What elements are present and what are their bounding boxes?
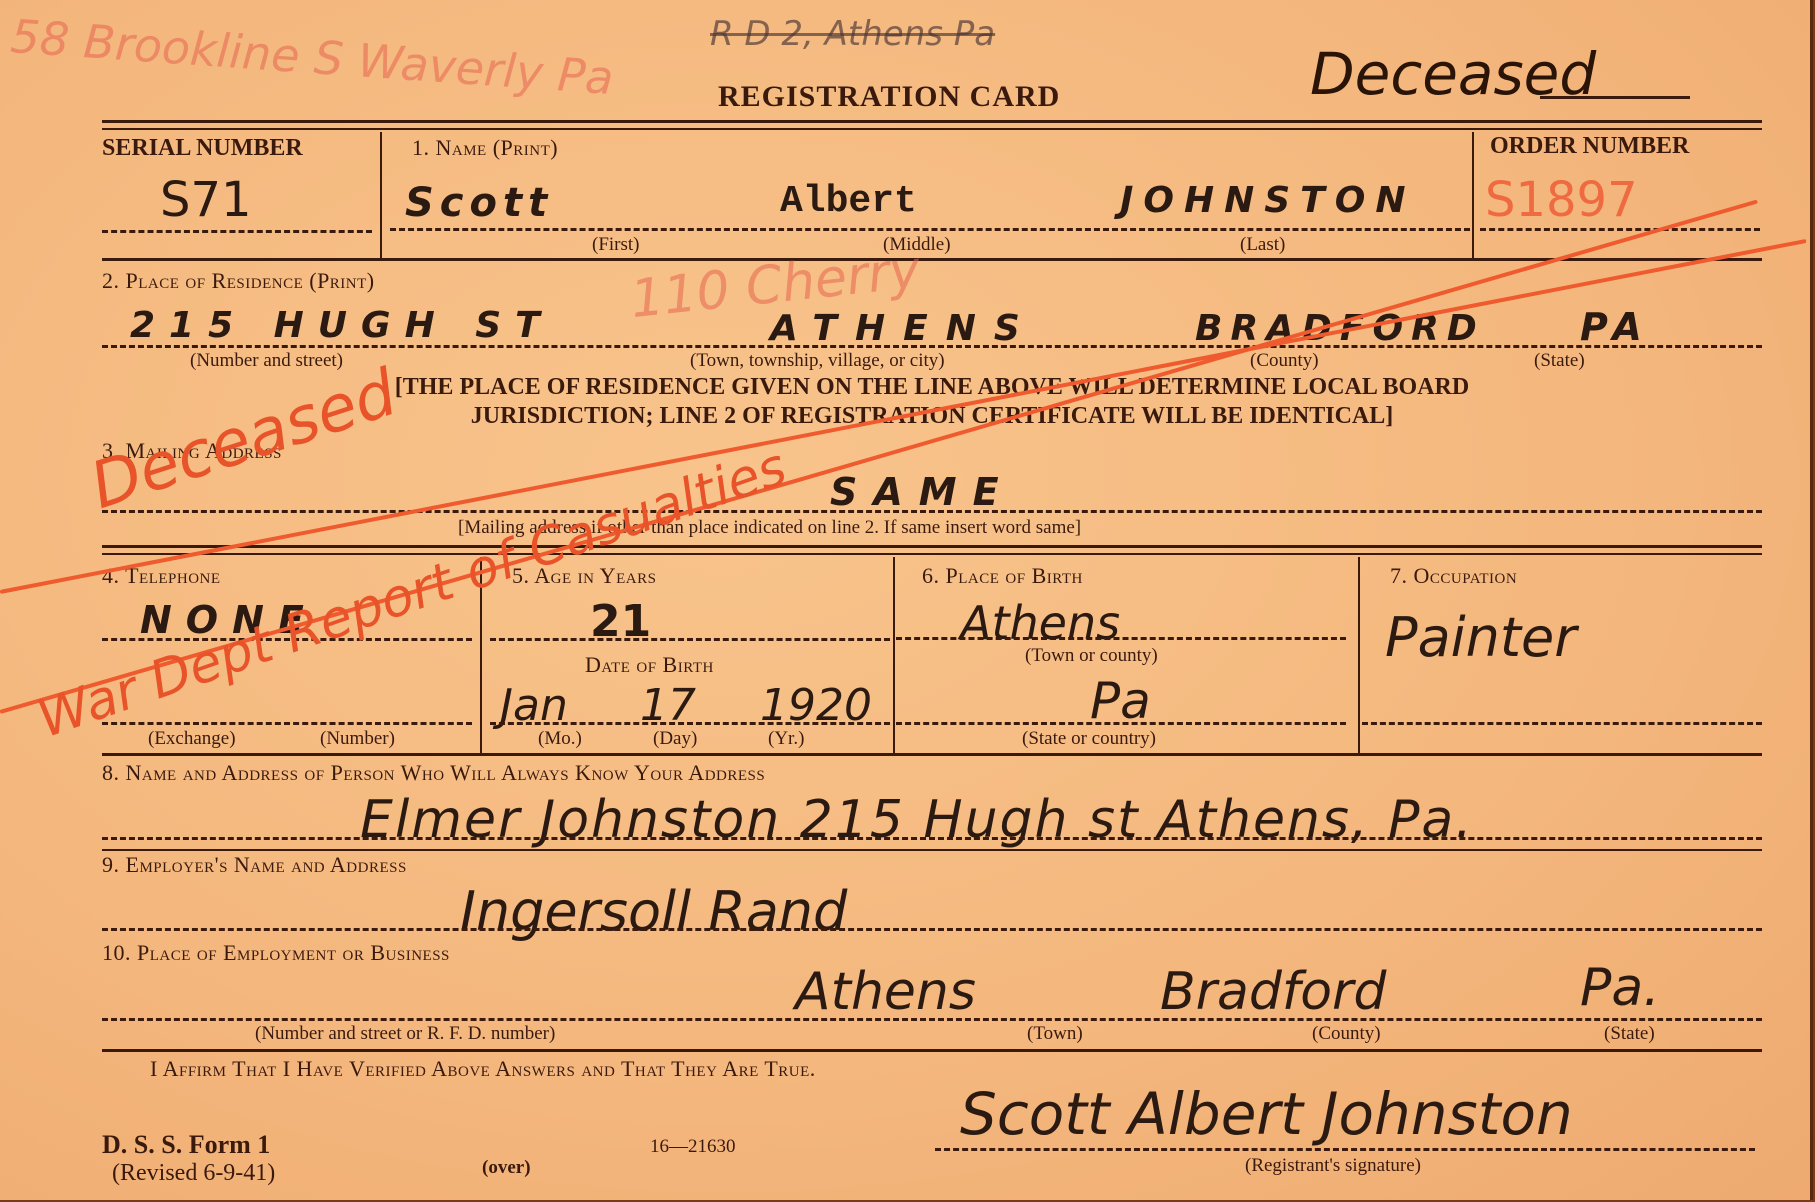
rule — [102, 1018, 1762, 1021]
rule — [102, 120, 1762, 123]
employer-value: Ingersoll Rand — [460, 880, 847, 943]
employment-state-caption: (State) — [1604, 1023, 1655, 1045]
rule — [102, 722, 472, 725]
rule — [935, 1148, 1755, 1151]
serial-number-value: S71 — [160, 172, 252, 228]
rule — [896, 637, 1346, 640]
rule — [1362, 722, 1762, 725]
annotation-struck-address: R D 2, Athens Pa — [710, 14, 995, 54]
form-number: D. S. S. Form 1 — [102, 1130, 270, 1160]
employer-label: 9. Employer's Name and Address — [102, 852, 407, 878]
employment-street-caption: (Number and street or R. F. D. number) — [255, 1023, 555, 1045]
rule — [490, 638, 890, 641]
last-name-value: JOHNSTON — [1120, 180, 1415, 221]
rule — [102, 1049, 1762, 1052]
deceased-underline — [1540, 96, 1690, 99]
year-caption: (Yr.) — [768, 728, 804, 750]
street-caption: (Number and street) — [190, 350, 343, 372]
form-revised: (Revised 6-9-41) — [112, 1160, 275, 1187]
divider — [1472, 132, 1474, 258]
rule — [1480, 228, 1760, 231]
residence-state-value: PA — [1580, 305, 1650, 349]
print-code: 16—21630 — [650, 1136, 736, 1158]
rule — [896, 722, 1346, 725]
rule — [390, 228, 1470, 231]
rule — [102, 849, 1762, 851]
affirmation-text: I Affirm That I Have Verified Above Answ… — [150, 1056, 816, 1082]
rule — [102, 345, 1762, 348]
birthplace-town-caption: (Town or county) — [1025, 645, 1158, 667]
county-caption: (County) — [1250, 350, 1319, 372]
employment-county-value: Bradford — [1160, 962, 1386, 1022]
residence-label: 2. Place of Residence (Print) — [102, 268, 375, 294]
employment-county-caption: (County) — [1312, 1023, 1381, 1045]
employment-state-value: Pa. — [1580, 958, 1660, 1018]
state-caption: (State) — [1534, 350, 1585, 372]
last-caption: (Last) — [1240, 234, 1285, 256]
rule — [102, 553, 1762, 555]
order-number-label: ORDER NUMBER — [1490, 133, 1689, 160]
name-label: 1. Name (Print) — [412, 135, 558, 161]
order-number-value: S1897 — [1485, 172, 1638, 228]
rule — [102, 510, 1762, 513]
first-caption: (First) — [592, 234, 640, 256]
registration-card: 58 Brookline S Waverly Pa R D 2, Athens … — [0, 0, 1813, 1200]
first-name-value: Scott — [405, 180, 553, 226]
contact-label: 8. Name and Address of Person Who Will A… — [102, 760, 765, 786]
employment-town-value: Athens — [795, 962, 976, 1022]
birthplace-label: 6. Place of Birth — [922, 563, 1083, 589]
middle-name-value: Albert — [780, 180, 917, 223]
registrant-signature: Scott Albert Johnston — [960, 1080, 1573, 1148]
over-note: (over) — [482, 1157, 531, 1179]
occupation-label: 7. Occupation — [1390, 563, 1517, 589]
residence-street-value: 215 HUGH ST — [130, 305, 554, 346]
birthplace-state-caption: (State or country) — [1022, 728, 1156, 750]
rule — [490, 722, 890, 725]
employment-label: 10. Place of Employment or Business — [102, 940, 450, 966]
occupation-value: Painter — [1385, 606, 1576, 669]
mailing-address-value: SAME — [830, 470, 1015, 514]
day-caption: (Day) — [653, 728, 697, 750]
divider — [893, 557, 895, 753]
dob-label: Date of Birth — [585, 652, 714, 678]
exchange-caption: (Exchange) — [148, 728, 236, 750]
serial-number-label: SERIAL NUMBER — [102, 135, 303, 162]
rule — [102, 753, 1762, 756]
divider — [1358, 557, 1360, 753]
town-caption: (Town, township, village, or city) — [690, 350, 945, 372]
rule — [102, 258, 1762, 261]
signature-caption: (Registrant's signature) — [1245, 1155, 1421, 1177]
rule — [102, 545, 1762, 548]
residence-town-value: ATHENS — [770, 308, 1038, 349]
contact-value: Elmer Johnston 215 Hugh st Athens, Pa. — [360, 790, 1474, 850]
rule — [102, 128, 1762, 130]
month-caption: (Mo.) — [538, 728, 582, 750]
card-title: REGISTRATION CARD — [718, 80, 1060, 114]
rule — [102, 230, 372, 233]
divider — [380, 132, 382, 258]
rule — [102, 837, 1762, 840]
employment-town-caption: (Town) — [1027, 1023, 1083, 1045]
number-caption: (Number) — [320, 728, 395, 750]
birthplace-town-value: Athens — [960, 596, 1120, 650]
rule — [102, 928, 1762, 931]
annotation-previous-address: 58 Brookline S Waverly Pa — [9, 9, 615, 105]
